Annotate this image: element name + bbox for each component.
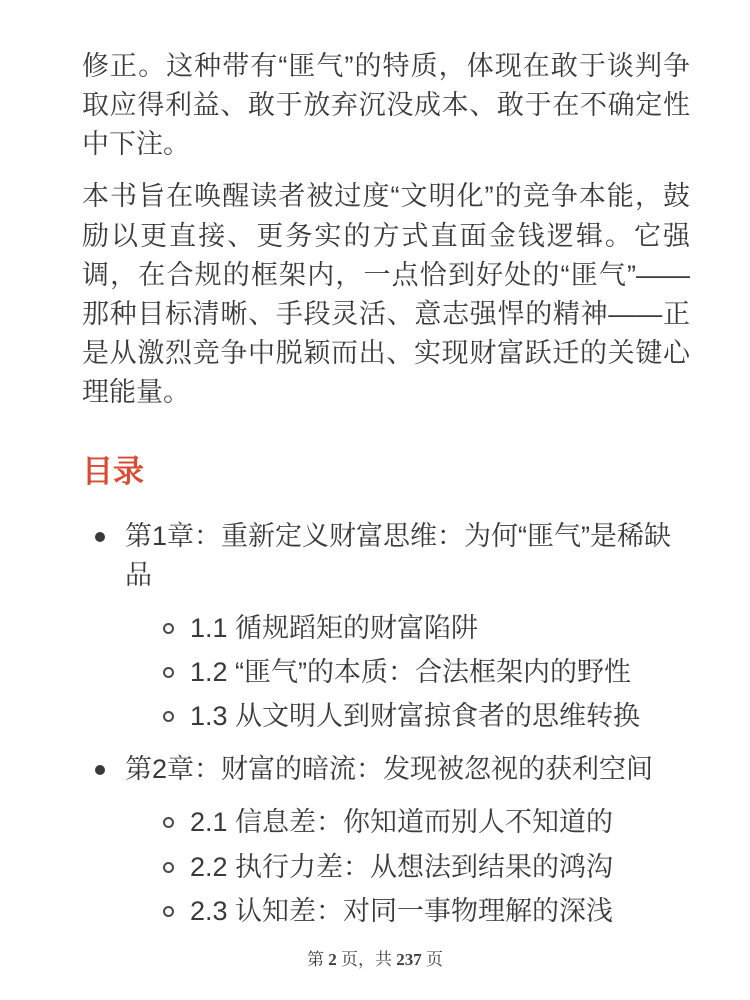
bullet-disc-icon bbox=[95, 532, 105, 542]
toc-section-2-3-label: 2.3 认知差：对同一事物理解的深浅 bbox=[190, 896, 613, 926]
bullet-circle-icon bbox=[163, 906, 174, 917]
bullet-circle-icon bbox=[163, 862, 174, 873]
toc-chapter-2-sections: 2.1 信息差：你知道而别人不知道的 2.2 执行力差：从想法到结果的鸿沟 2.… bbox=[125, 803, 690, 930]
toc-list: 第1章：重新定义财富思维：为何“匪气”是稀缺品 1.1 循规蹈矩的财富陷阱 1.… bbox=[82, 517, 690, 931]
toc-section-2-3: 2.3 认知差：对同一事物理解的深浅 bbox=[125, 892, 690, 931]
toc-section-2-2-label: 2.2 执行力差：从想法到结果的鸿沟 bbox=[190, 852, 613, 882]
toc-section-2-1: 2.1 信息差：你知道而别人不知道的 bbox=[125, 803, 690, 842]
footer-page-number: 2 bbox=[328, 950, 337, 969]
footer-suffix: 页 bbox=[426, 950, 443, 969]
toc-section-1-3: 1.3 从文明人到财富掠食者的思维转换 bbox=[125, 697, 690, 736]
toc-heading: 目录 bbox=[82, 452, 690, 492]
bullet-disc-icon bbox=[95, 765, 105, 775]
bullet-circle-icon bbox=[163, 711, 174, 722]
footer-prefix: 第 bbox=[307, 950, 324, 969]
toc-chapter-1: 第1章：重新定义财富思维：为何“匪气”是稀缺品 1.1 循规蹈矩的财富陷阱 1.… bbox=[82, 517, 690, 737]
document-page: 修正。这种带有“匪气”的特质，体现在敢于谈判争取应得利益、敢于放弃沉没成本、敢于… bbox=[0, 0, 750, 1000]
toc-chapter-1-sections: 1.1 循规蹈矩的财富陷阱 1.2 “匪气”的本质：合法框架内的野性 1.3 从… bbox=[125, 609, 690, 736]
bullet-circle-icon bbox=[163, 667, 174, 678]
toc-section-2-1-label: 2.1 信息差：你知道而别人不知道的 bbox=[190, 807, 613, 837]
footer-total-pages: 237 bbox=[396, 950, 422, 969]
page-content: 修正。这种带有“匪气”的特质，体现在敢于谈判争取应得利益、敢于放弃沉没成本、敢于… bbox=[0, 0, 750, 931]
toc-section-1-2-label: 1.2 “匪气”的本质：合法框架内的野性 bbox=[190, 657, 631, 687]
paragraph-1: 修正。这种带有“匪气”的特质，体现在敢于谈判争取应得利益、敢于放弃沉没成本、敢于… bbox=[82, 47, 690, 164]
toc-section-1-1-label: 1.1 循规蹈矩的财富陷阱 bbox=[190, 613, 478, 643]
page-footer: 第 2 页，共 237 页 bbox=[0, 945, 750, 970]
toc-chapter-2-label: 第2章：财富的暗流：发现被忽视的获利空间 bbox=[125, 754, 653, 784]
paragraph-2: 本书旨在唤醒读者被过度“文明化”的竞争本能，鼓励以更直接、更务实的方式直面金钱逻… bbox=[82, 177, 690, 412]
toc-section-1-2: 1.2 “匪气”的本质：合法框架内的野性 bbox=[125, 653, 690, 692]
toc-section-2-2: 2.2 执行力差：从想法到结果的鸿沟 bbox=[125, 848, 690, 887]
toc-chapter-2: 第2章：财富的暗流：发现被忽视的获利空间 2.1 信息差：你知道而别人不知道的 … bbox=[82, 750, 690, 931]
toc-chapter-1-label: 第1章：重新定义财富思维：为何“匪气”是稀缺品 bbox=[125, 521, 671, 590]
footer-middle: 页，共 bbox=[341, 950, 392, 969]
toc-section-1-1: 1.1 循规蹈矩的财富陷阱 bbox=[125, 609, 690, 648]
bullet-circle-icon bbox=[163, 623, 174, 634]
toc-section-1-3-label: 1.3 从文明人到财富掠食者的思维转换 bbox=[190, 701, 640, 731]
bullet-circle-icon bbox=[163, 817, 174, 828]
